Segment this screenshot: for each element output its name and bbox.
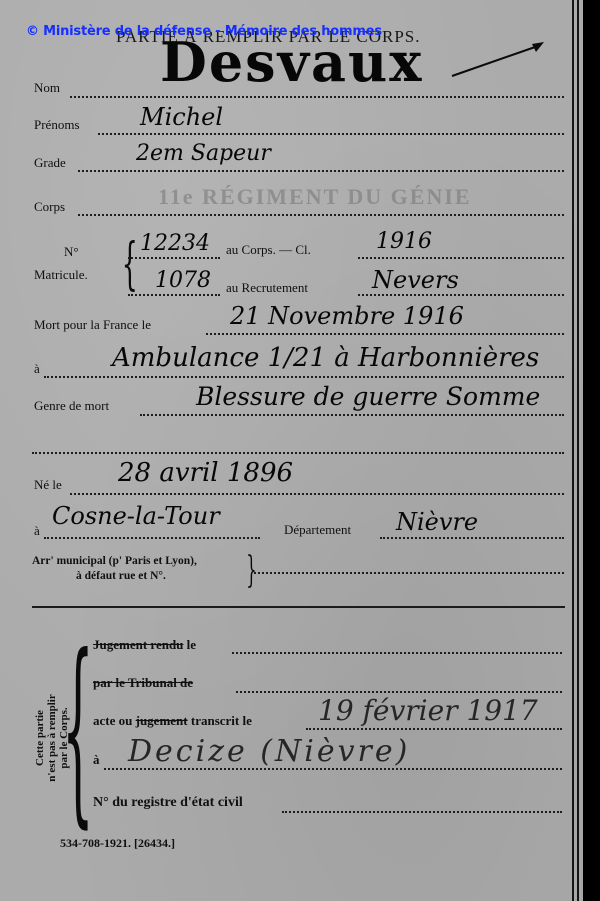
transcrit-label-b: transcrit le bbox=[191, 713, 252, 728]
jugement-line bbox=[232, 652, 562, 654]
right-border-line bbox=[572, 0, 574, 901]
arrondissement-label-1: Arr' municipal (p' Paris et Lyon), bbox=[32, 555, 197, 567]
jugement-label-le: le bbox=[187, 637, 196, 652]
matricule-corps-value: 12234 bbox=[140, 231, 210, 256]
nom-value: Desvaux bbox=[160, 30, 423, 94]
registre-line bbox=[282, 811, 562, 813]
mort-label: Mort pour la France le bbox=[34, 317, 151, 333]
lieu-transcrit-value: Decize (Nièvre) bbox=[128, 734, 410, 769]
section-divider bbox=[32, 606, 565, 608]
tribunal-label-struck: par le Tribunal de bbox=[93, 675, 193, 690]
jugement-label-struck: Jugement rendu bbox=[93, 637, 183, 652]
departement-label: Département bbox=[284, 522, 351, 538]
ne-a-label: à bbox=[34, 523, 40, 539]
mort-value: 21 Novembre 1916 bbox=[230, 302, 464, 330]
recrutement-line bbox=[358, 294, 564, 296]
matricule-brace: { bbox=[122, 232, 138, 297]
ne-a-line bbox=[44, 537, 260, 539]
ne-le-label: Né le bbox=[34, 477, 62, 493]
prenoms-value: Michel bbox=[140, 103, 223, 131]
separator-line bbox=[32, 452, 564, 454]
nom-line bbox=[70, 96, 564, 98]
matricule-corps-label: au Corps. — Cl. bbox=[226, 242, 311, 258]
matricule-corps-line bbox=[128, 257, 220, 259]
lieu-mort-line bbox=[44, 376, 564, 378]
arrondissement-brace: } bbox=[246, 550, 256, 591]
prenoms-label: Prénoms bbox=[34, 117, 80, 133]
right-border-line-inner bbox=[577, 0, 579, 901]
nom-label: Nom bbox=[34, 80, 60, 96]
side-note-line-1: Cette partie bbox=[34, 668, 46, 808]
mort-line bbox=[206, 333, 564, 335]
departement-line bbox=[380, 537, 564, 539]
lieu-transcrit-label: à bbox=[93, 752, 100, 768]
grade-line bbox=[78, 170, 564, 172]
grade-label: Grade bbox=[34, 155, 66, 171]
transcrit-label-a: acte ou bbox=[93, 713, 132, 728]
ne-le-value: 28 avril 1896 bbox=[118, 458, 293, 488]
nom-flourish-icon bbox=[450, 40, 545, 80]
classe-line bbox=[358, 257, 564, 259]
classe-value: 1916 bbox=[376, 229, 432, 254]
section2-brace: { bbox=[62, 630, 94, 830]
genre-mort-value: Blessure de guerre Somme bbox=[196, 382, 540, 411]
transcrit-value: 19 février 1917 bbox=[318, 694, 538, 727]
tribunal-label: par le Tribunal de bbox=[93, 675, 193, 691]
prenoms-line bbox=[98, 133, 564, 135]
footer-print-code: 534-708-1921. [26434.] bbox=[60, 836, 175, 851]
registre-label: N° du registre d'état civil bbox=[93, 795, 243, 811]
grade-value: 2em Sapeur bbox=[136, 141, 271, 166]
genre-mort-line bbox=[140, 414, 564, 416]
recrutement-label: au Recrutement bbox=[226, 280, 308, 296]
arrondissement-label-2: à défaut rue et N°. bbox=[76, 570, 166, 582]
lieu-mort-value: Ambulance 1/21 à Harbonnières bbox=[112, 343, 539, 373]
arrondissement-line bbox=[254, 572, 564, 574]
ne-a-value: Cosne-la-Tour bbox=[52, 502, 220, 530]
corps-label: Corps bbox=[34, 199, 65, 215]
tribunal-line bbox=[236, 691, 562, 693]
matricule-recrutement-line bbox=[128, 294, 220, 296]
matricule-no-label: N° bbox=[64, 244, 79, 260]
side-note-line-2: n'est pas à remplir bbox=[46, 668, 58, 808]
transcrit-label-struck: jugement bbox=[136, 713, 188, 728]
transcrit-label: acte ou jugement transcrit le bbox=[93, 713, 252, 729]
matricule-label: Matricule. bbox=[34, 267, 88, 283]
death-record-card: PARTIE À REMPLIR PAR LE CORPS. Nom Desva… bbox=[0, 0, 583, 901]
lieu-mort-label: à bbox=[34, 361, 40, 377]
corps-stamp: 11e RÉGIMENT DU GÉNIE bbox=[158, 184, 472, 210]
genre-mort-label: Genre de mort bbox=[34, 398, 109, 414]
jugement-label: Jugement rendu le bbox=[93, 637, 196, 653]
ne-le-line bbox=[70, 493, 564, 495]
departement-value: Nièvre bbox=[396, 508, 478, 536]
recrutement-place-value: Nevers bbox=[372, 266, 459, 294]
copyright-watermark: © Ministère de la défense - Mémoire des … bbox=[26, 24, 382, 39]
corps-line bbox=[78, 214, 564, 216]
matricule-recrutement-value: 1078 bbox=[155, 268, 211, 293]
transcrit-line bbox=[306, 728, 562, 730]
